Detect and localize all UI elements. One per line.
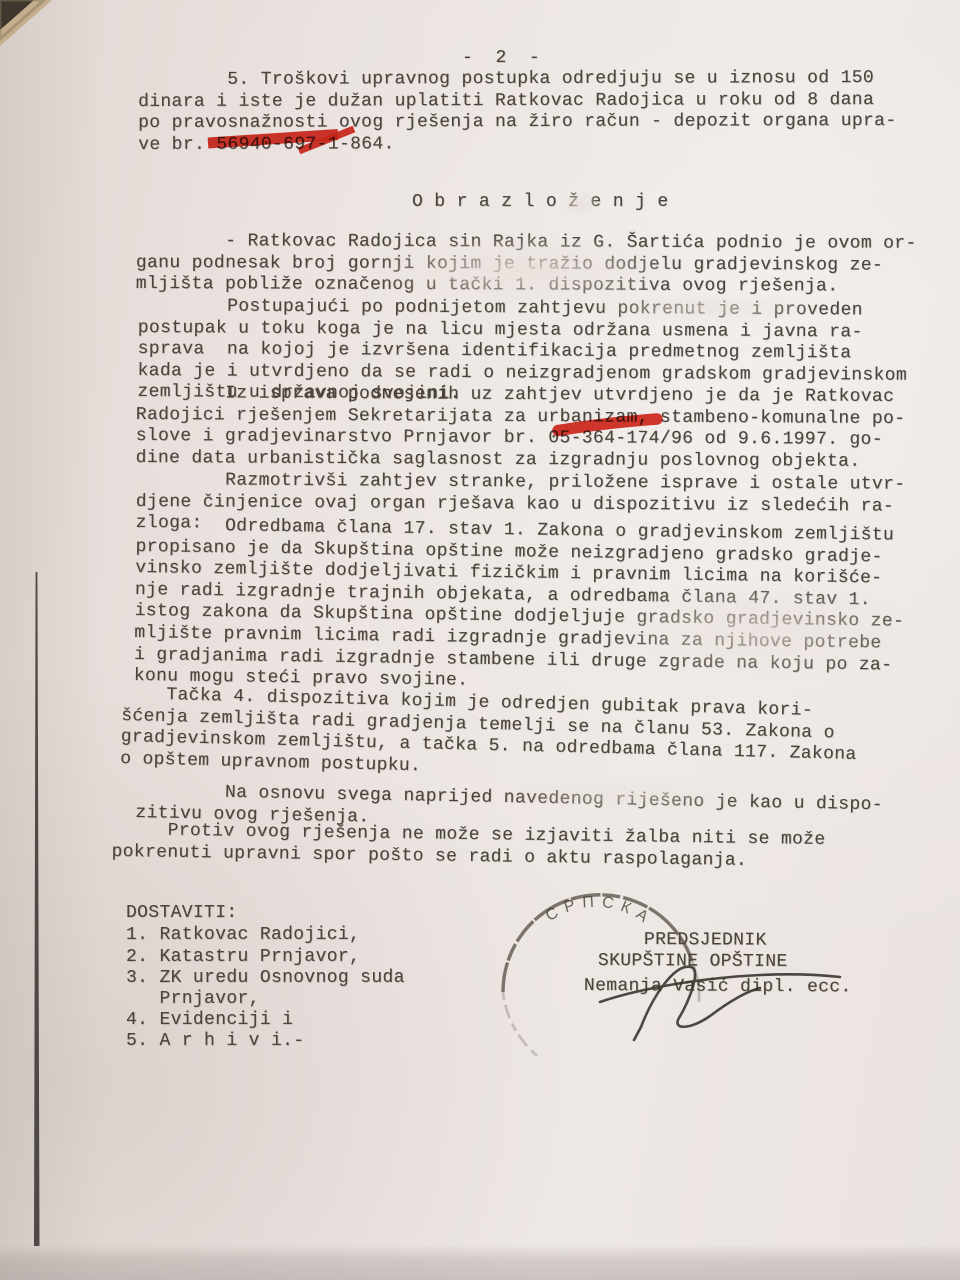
section-heading-obrazlozenje: O b r a z l o ž e n j e [412, 192, 669, 214]
paragraph-evidence: Iz isprava podnesenih uz zahtjev utvrdje… [136, 383, 906, 473]
dostaviti-item: 1. Ratkovac Radojici, [126, 925, 360, 947]
page-number: - 2 - [462, 48, 540, 70]
scanned-document-page: - 2 - 5. Troškovi upravnog postupka odre… [0, 0, 960, 1280]
signature-title-line2: SKUPŠTINE OPŠTINE [598, 951, 788, 974]
dostaviti-item: 4. Evidenciji i [126, 1010, 293, 1032]
photo-corner [0, 0, 52, 46]
dostaviti-item: 3. ZK uredu Osnovnog suda [126, 968, 405, 990]
dostaviti-item: Prnjavor, [126, 989, 260, 1011]
bottom-shadow [0, 1244, 960, 1280]
signatory-name: Nemanja Vasić dipl. ecc. [584, 976, 852, 999]
paragraph-costs: 5. Troškovi upravnog postupka odredjuju … [138, 68, 897, 156]
paragraph-appeal: Protiv ovog rješenja ne može se izjaviti… [111, 820, 825, 873]
dostaviti-item: 2. Katastru Prnjavor, [126, 947, 360, 969]
signature-title-line1: PREDSJEDNIK [644, 930, 767, 952]
fold-line [34, 572, 40, 1246]
paragraph-request: - Ratkovac Radojica sin Rajka iz G. Šart… [136, 231, 917, 299]
dostaviti-title: DOSTAVITI: [126, 903, 238, 925]
page-left-shadow [0, 0, 130, 1280]
svg-text:СРПСКА: СРПСКА [543, 894, 657, 930]
paragraph-law: Odredbama člana 17. stav 1. Zakona o gra… [134, 515, 906, 698]
dostaviti-item: 5. A r h i v i.- [126, 1031, 304, 1053]
paragraph-point4: Tačka 4. dispozitiva kojim je odredjen g… [120, 684, 858, 788]
